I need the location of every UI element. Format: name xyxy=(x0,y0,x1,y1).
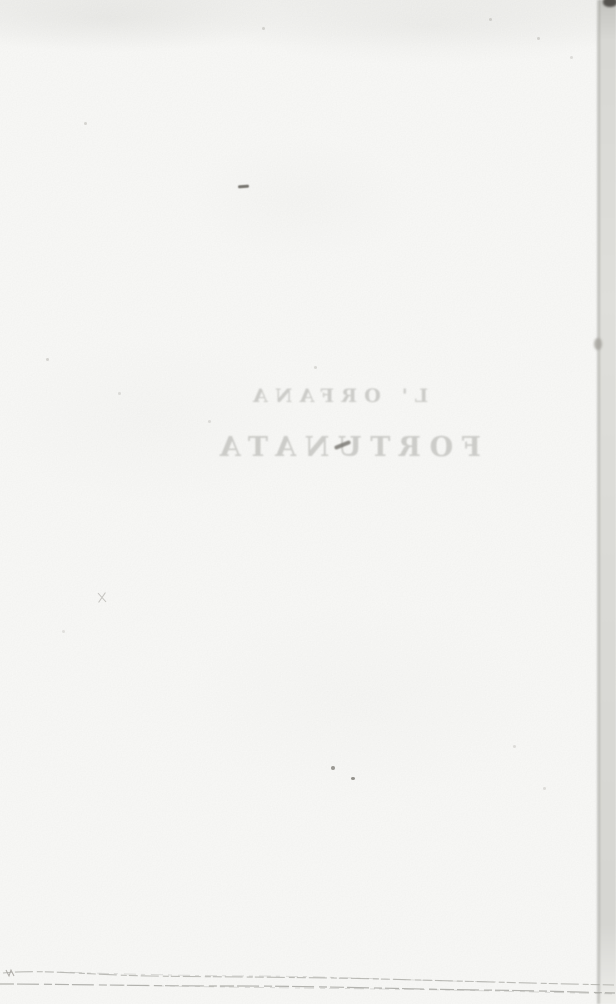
ink-speck xyxy=(513,745,516,748)
ink-speck xyxy=(537,37,540,40)
ink-speck xyxy=(208,420,211,423)
pencil-scribble xyxy=(96,592,108,604)
ink-speck xyxy=(118,392,121,395)
ink-speck xyxy=(84,122,87,125)
ink-speck xyxy=(46,358,49,361)
ink-speck xyxy=(62,630,65,633)
ink-speck xyxy=(331,766,335,770)
paper-grain-texture xyxy=(0,0,616,1004)
ink-smudge xyxy=(334,440,351,450)
ink-speck xyxy=(238,185,249,189)
ink-speck xyxy=(314,366,317,369)
ink-speck xyxy=(543,787,546,790)
bottom-page-edge-lines xyxy=(0,954,616,1004)
ink-speck xyxy=(570,56,573,59)
bleedthrough-title-line1: L' ORFANA xyxy=(227,385,447,407)
page-edge-shadow xyxy=(599,0,616,1004)
bleedthrough-title-line2: FORTUNATA xyxy=(210,432,482,463)
scanned-page: L' ORFANA FORTUNATA xyxy=(0,0,616,1004)
ink-speck xyxy=(489,18,492,21)
ink-speck xyxy=(351,777,355,780)
ink-speck xyxy=(262,27,265,30)
